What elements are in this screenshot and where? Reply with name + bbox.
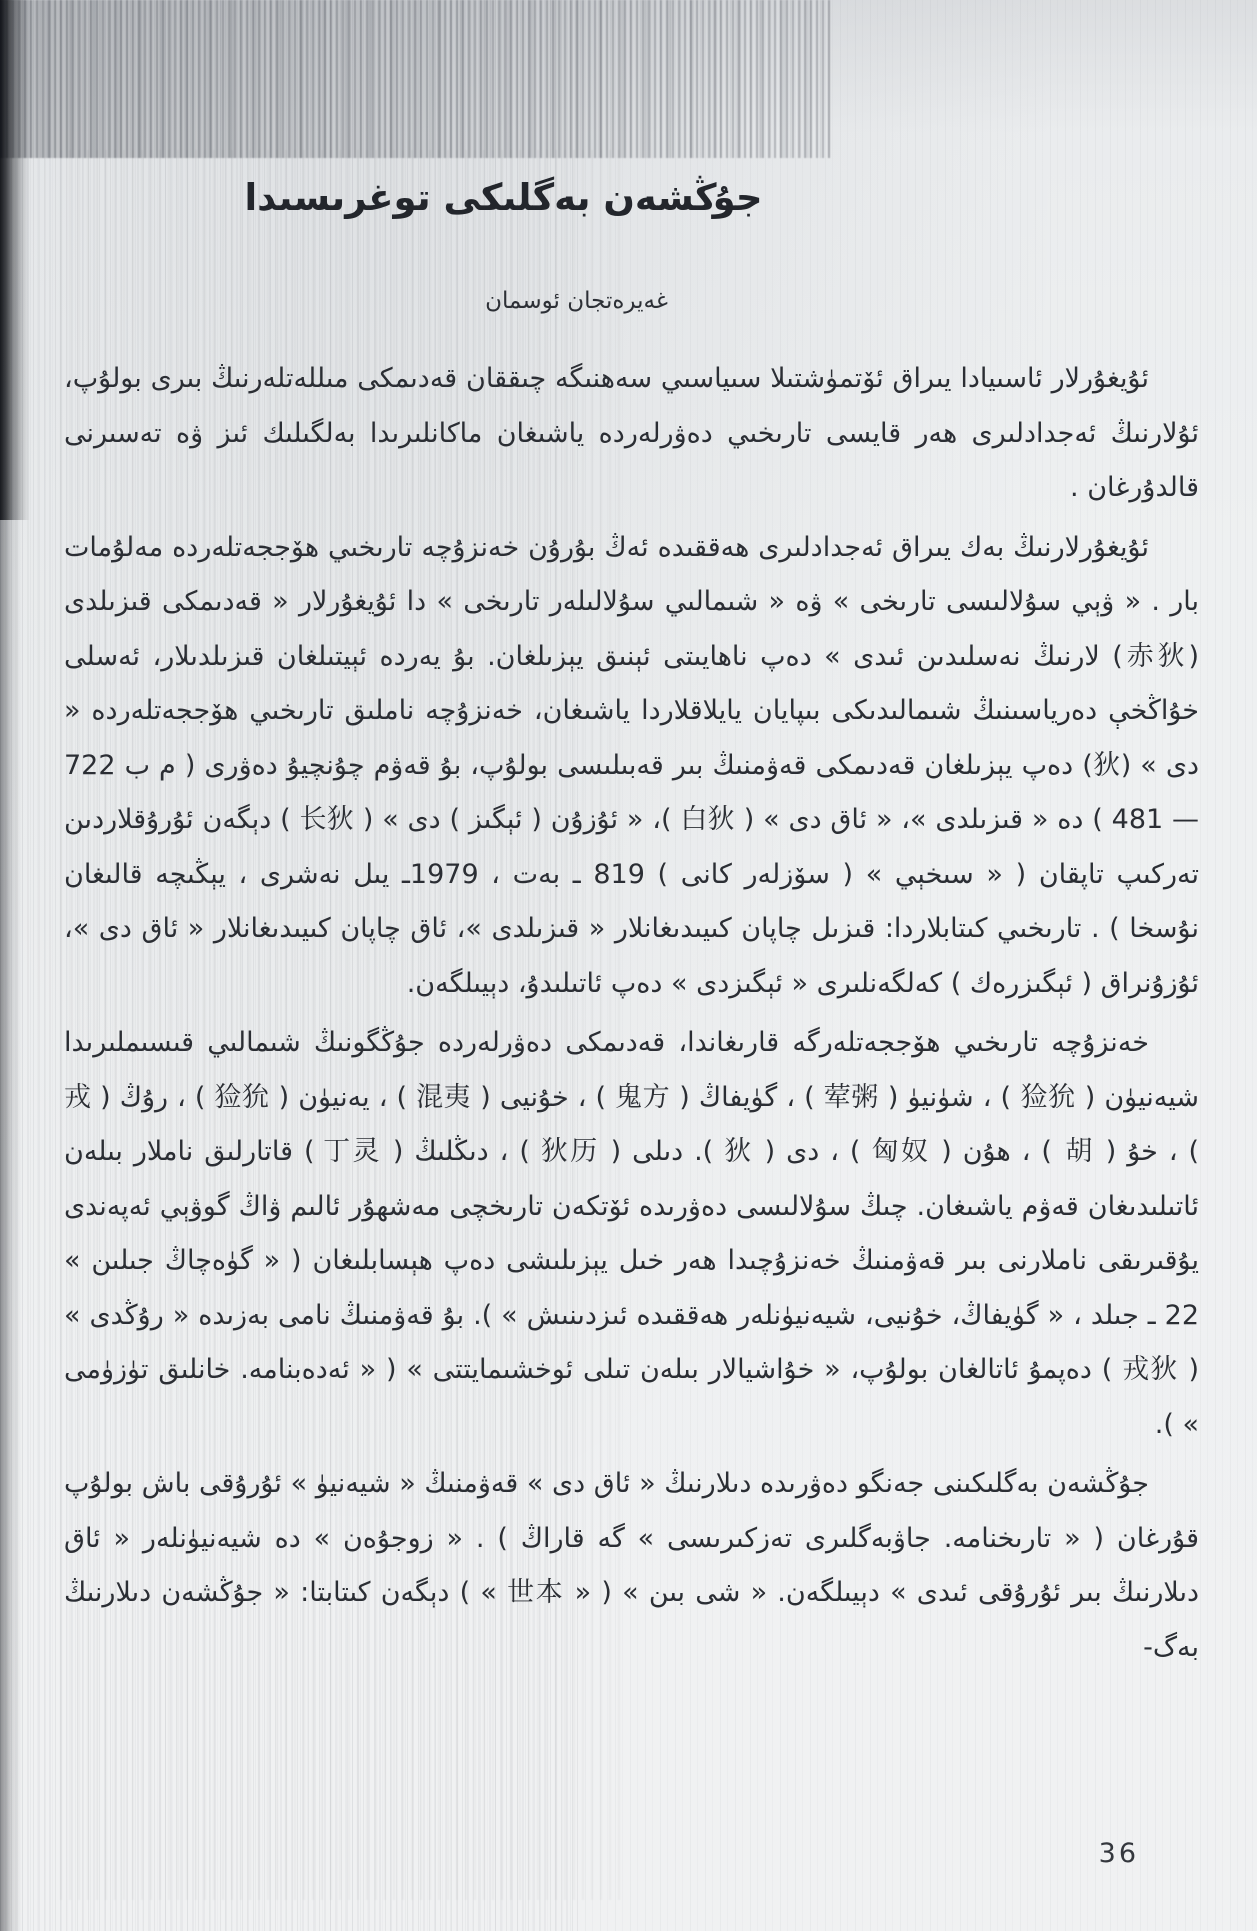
scan-noise-top-band [0,0,830,158]
paragraph: ئۇيغۇرلارنىڭ بەك يىراق ئەجدادلىرى ھەققىد… [64,521,1199,1012]
article-title: جۇڭشەن بەگلىكى توغرىسىدا [0,176,1257,219]
article-author: غەيرەتجان ئوسمان [0,288,1257,314]
paragraph: جۇڭشەن بەگلىكىنى جەنگو دەۋرىدە دىلارنىڭ … [64,1457,1199,1675]
paragraph: ئۇيغۇرلار ئاسىيادا يىراق ئۆتمۈشتىلا سىيا… [64,352,1199,516]
scan-noise-top-fade [0,0,1257,158]
article-body: ئۇيغۇرلار ئاسىيادا يىراق ئۆتمۈشتىلا سىيا… [64,352,1199,1680]
page-number: 36 [1099,1838,1139,1869]
paragraph: خەنزۇچە تارىخىي ھۆججەتلەرگە قارىغاندا، ق… [64,1016,1199,1452]
scanned-journal-page: جۇڭشەن بەگلىكى توغرىسىدا غەيرەتجان ئوسما… [0,0,1257,1931]
scan-dark-left-edge [0,0,30,520]
